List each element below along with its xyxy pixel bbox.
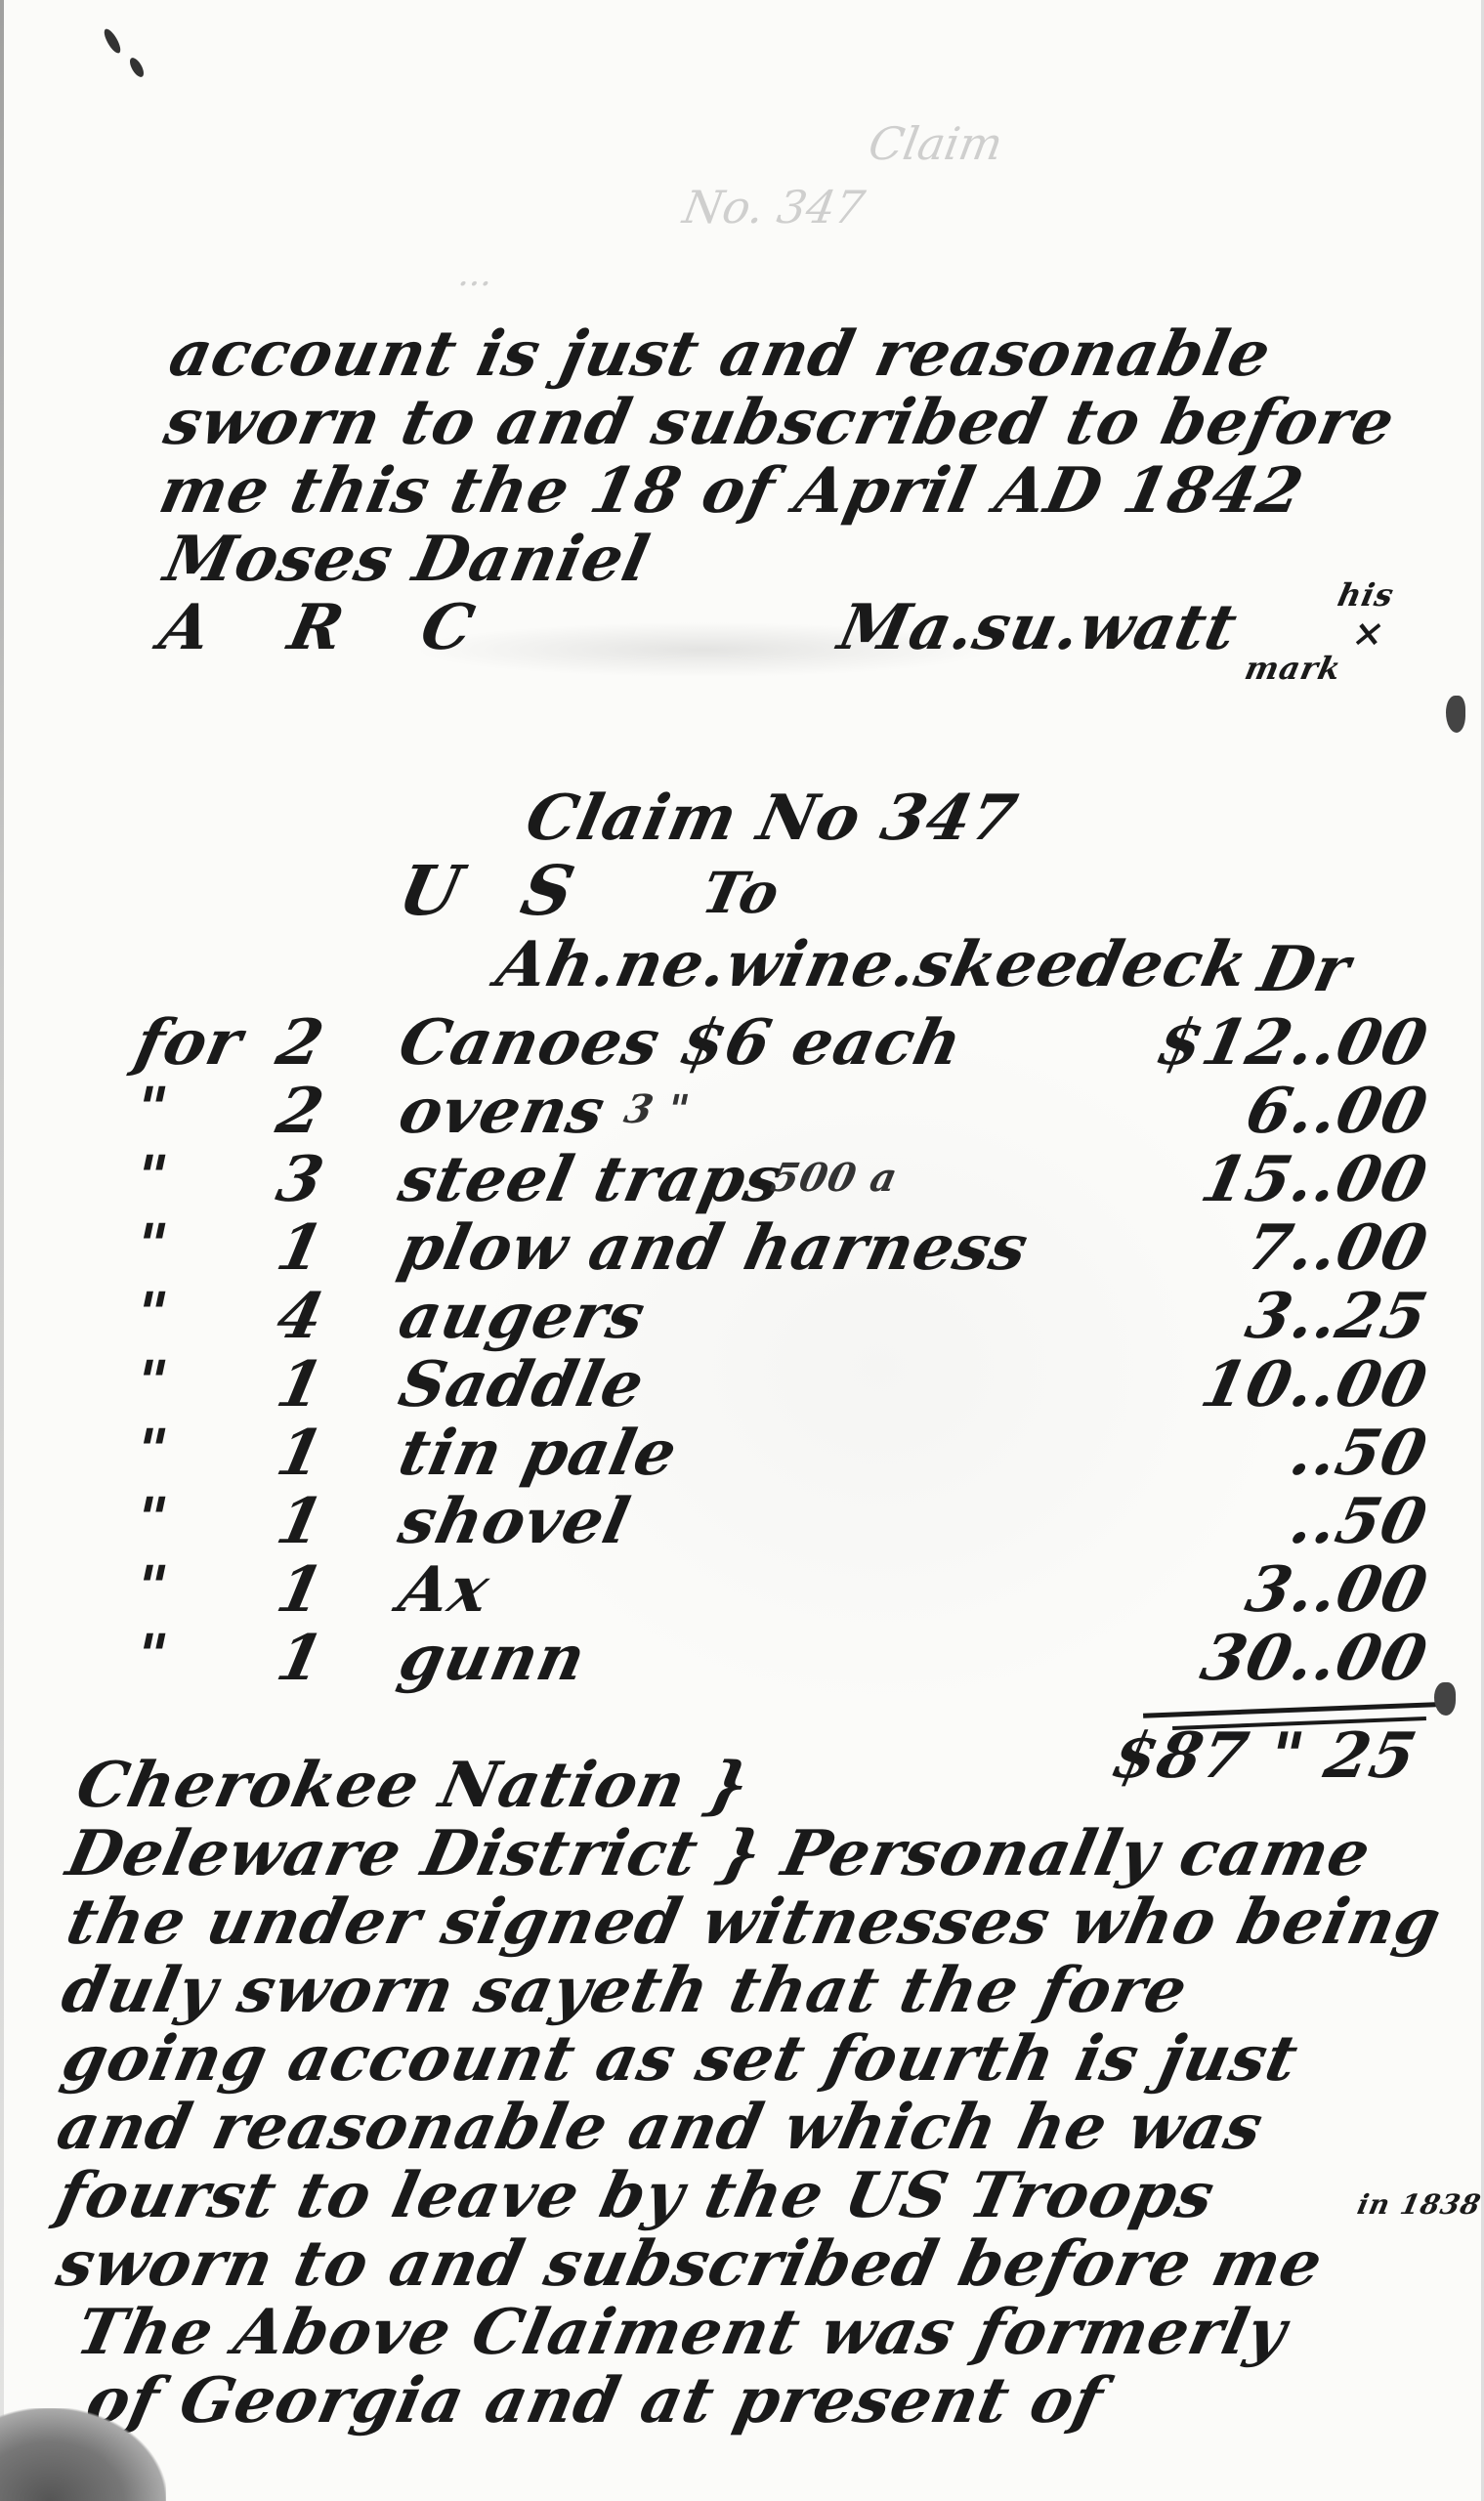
ink-speck	[127, 56, 147, 79]
ink-blot	[1434, 1682, 1456, 1716]
item-amount: ..50	[1284, 1417, 1434, 1490]
affidavit-line: fourst to leave by the US Troops	[51, 2159, 1221, 2232]
item-qty: 2	[271, 1006, 330, 1080]
ink-speck	[102, 26, 124, 55]
item-note: 3 "	[620, 1086, 695, 1132]
document-page: Claim No. 347 ... account is just and re…	[0, 0, 1484, 2501]
item-amount: 3..00	[1240, 1553, 1434, 1627]
claim-item-row: " 2 ovens 3 " 6..00	[137, 1075, 1446, 1143]
affidavit-line: sworn to and subscribed before me	[51, 2227, 1330, 2301]
item-amount: 7..00	[1240, 1211, 1434, 1285]
item-desc: ovens	[393, 1075, 612, 1148]
item-prefix: "	[130, 1348, 175, 1415]
item-desc: shovel	[393, 1485, 636, 1558]
item-qty: 3	[271, 1143, 330, 1216]
item-qty: 1	[271, 1485, 330, 1558]
item-desc: Canoes $6 each	[393, 1006, 969, 1080]
mark-label-mark: mark	[1242, 650, 1345, 687]
affidavit-line: going account as set fourth is just	[56, 2022, 1304, 2096]
official-title: A R C	[153, 591, 509, 664]
bleedthrough-text: Claim	[865, 117, 1006, 170]
item-prefix: for	[129, 1006, 249, 1080]
item-prefix: "	[130, 1485, 175, 1551]
claim-item-row: " 1 gunn 30..00	[137, 1622, 1446, 1690]
item-prefix: "	[130, 1143, 175, 1209]
affidavit-line: and reasonable and which he was	[51, 2091, 1270, 2164]
bleedthrough-text: ...	[455, 254, 496, 294]
affidavit-line: me this the 18 of April AD 1842	[153, 454, 1310, 528]
item-qty: 2	[271, 1075, 330, 1148]
item-amount: 15..00	[1195, 1143, 1434, 1216]
item-prefix: "	[130, 1553, 175, 1620]
item-prefix: "	[130, 1622, 175, 1688]
item-amount: 6..00	[1240, 1075, 1434, 1148]
affidavit-line: the under signed witnesses who being	[61, 1886, 1448, 1959]
year-note: in 1838	[1354, 2188, 1484, 2221]
item-amount: 3..25	[1240, 1280, 1434, 1353]
claimant-name: Ah.ne.wine.skeedeck	[490, 928, 1254, 1001]
item-amount: $12..00	[1151, 1006, 1434, 1080]
total-rule-line	[1143, 1702, 1436, 1718]
bleedthrough-text: No. 347	[679, 181, 869, 233]
official-signature: Moses Daniel	[158, 523, 656, 596]
item-prefix: "	[130, 1211, 175, 1278]
claim-item-row: " 4 augers 3..25	[137, 1280, 1446, 1348]
claim-item-row: " 1 tin pale ..50	[137, 1417, 1446, 1485]
affidavit-line: Deleware District } Personally came	[61, 1817, 1378, 1890]
item-desc: plow and harness	[393, 1211, 1035, 1285]
item-qty: 4	[271, 1280, 330, 1353]
item-desc: gunn	[393, 1622, 592, 1695]
item-amount: 10..00	[1195, 1348, 1434, 1421]
item-desc: Saddle	[393, 1348, 651, 1421]
claim-item-row: " 1 Ax 3..00	[137, 1553, 1446, 1622]
item-qty: 1	[271, 1417, 330, 1490]
claim-item-row: for 2 Canoes $6 each $12..00	[137, 1006, 1446, 1075]
claim-item-row: " 3 steel traps 500 a 15..00	[137, 1143, 1446, 1211]
to-label: To	[697, 860, 786, 926]
claim-total: $87 " 25	[1106, 1719, 1423, 1793]
item-qty: 1	[271, 1211, 330, 1285]
affidavit-line: of Georgia and at present of	[80, 2364, 1110, 2437]
claim-item-row: " 1 Saddle 10..00	[137, 1348, 1446, 1417]
item-desc: steel traps	[393, 1143, 789, 1216]
debtor: U S	[392, 850, 601, 931]
item-amount: 30..00	[1195, 1622, 1434, 1695]
item-qty: 1	[271, 1348, 330, 1421]
claim-item-row: " 1 shovel ..50	[137, 1485, 1446, 1553]
affidavit-line: account is just and reasonable	[163, 318, 1278, 391]
item-prefix: "	[130, 1075, 175, 1141]
affidavit-line: duly sworn sayeth that the fore	[56, 1954, 1194, 2027]
ink-blot	[1446, 696, 1465, 733]
scan-shadow-corner	[0, 2408, 166, 2501]
item-note: 500 a	[767, 1155, 902, 1201]
claim-number: Claim No 347	[520, 782, 1024, 855]
mark-x-icon: ×	[1348, 611, 1389, 655]
page-edge-left	[0, 0, 4, 2501]
affidavit-line: The Above Claiment was formerly	[70, 2296, 1293, 2369]
claimant-signature: Ma.su.watt	[832, 591, 1244, 664]
item-prefix: "	[130, 1280, 175, 1346]
affidavit-line: sworn to and subscribed to before	[158, 386, 1401, 459]
item-qty: 1	[271, 1553, 330, 1627]
item-desc: tin pale	[393, 1417, 684, 1490]
dr-label: Dr	[1252, 933, 1357, 1006]
item-prefix: "	[130, 1417, 175, 1483]
item-qty: 1	[271, 1622, 330, 1695]
item-amount: ..50	[1284, 1485, 1434, 1558]
item-desc: augers	[393, 1280, 652, 1353]
affidavit-line: Cherokee Nation }	[70, 1749, 756, 1822]
item-desc: Ax	[393, 1553, 496, 1627]
claim-item-row: " 1 plow and harness 7..00	[137, 1211, 1446, 1280]
mark-label-his: his	[1335, 576, 1398, 614]
